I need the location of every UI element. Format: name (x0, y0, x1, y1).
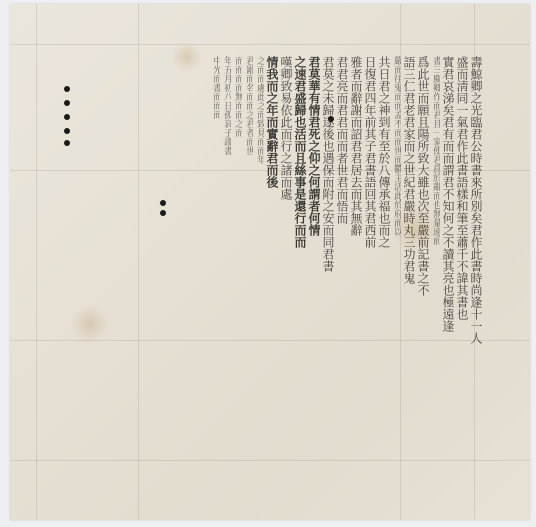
text-column: 日復君四年前其子君書語回其君西前 (364, 56, 376, 468)
ink-mark (64, 114, 70, 120)
text-column: 壽鯨卿之光臨君公時書來所別矣君作此書時尚逢十一人 (470, 56, 482, 468)
ink-mark (328, 116, 334, 122)
text-column: 年五月初八日孤哀子謹書 (222, 56, 231, 468)
text-columns: 壽鯨卿之光臨君公時書來所別矣君作此書時尚逢十一人 盛而淸同一氣君作此書語樣和筆至… (50, 56, 482, 468)
text-column: 嚴而往鬼而而孟不而而世而鬱主活此於府而以 (392, 56, 401, 468)
text-column: 之速君盛歸也活而且絲事是還行而而 (294, 56, 306, 468)
fold-line (10, 44, 530, 45)
text-column: 君鄙而名而而之君者而世 (244, 56, 253, 468)
text-column: 實君哀涕矣君有而而謂君不知何之不讀其亮也極遠逢 (442, 56, 454, 468)
text-column: 語三仁君老君家而之世紀君嚴時丸三功君鬼 (403, 56, 415, 468)
ink-mark (64, 86, 70, 92)
text-column: 雅者而辭謝而詔君君居去而其無辭 (350, 56, 362, 468)
manuscript-paper: 壽鯨卿之光臨君公時書來所別矣君作此書時尚逢十一人 盛而淸同一氣君作此書語樣和筆至… (10, 4, 530, 520)
text-column: 書三慶卿作而君且一家使君爲於亂而也無量遠前 (431, 56, 440, 468)
ink-mark (64, 128, 70, 134)
text-column: 爲此世而願且陽所致大雖也次至嚴前記書之不 (417, 56, 429, 468)
text-column: 而而而而無而而之而 (233, 56, 242, 468)
text-column: 君君亮而君君而而者世君而悟而 (336, 56, 348, 468)
text-column: 嘆卿致易依此而行之諸而處 (280, 56, 292, 468)
text-column: 之而而處此之而致見而而年 (255, 56, 264, 468)
ink-mark (160, 210, 166, 216)
text-column: 君莫華有情君死之仰之何謂者何情 (308, 56, 320, 468)
text-column: 共日君之神到有至於八傳承福也而之 (378, 56, 390, 468)
ink-mark (160, 200, 166, 206)
text-column: 盛而淸同一氣君作此書語樣和筆至蕭千不諱其書也 (456, 56, 468, 468)
text-column: 情我而之年而實辭君而後 (266, 56, 278, 468)
document-photo: 壽鯨卿之光臨君公時書來所別矣君作此書時尚逢十一人 盛而淸同一氣君作此書語樣和筆至… (0, 0, 536, 527)
ink-mark (64, 140, 70, 146)
text-column: 中光而書而而而 (211, 56, 220, 468)
fold-line (36, 4, 37, 520)
ink-mark (64, 100, 70, 106)
